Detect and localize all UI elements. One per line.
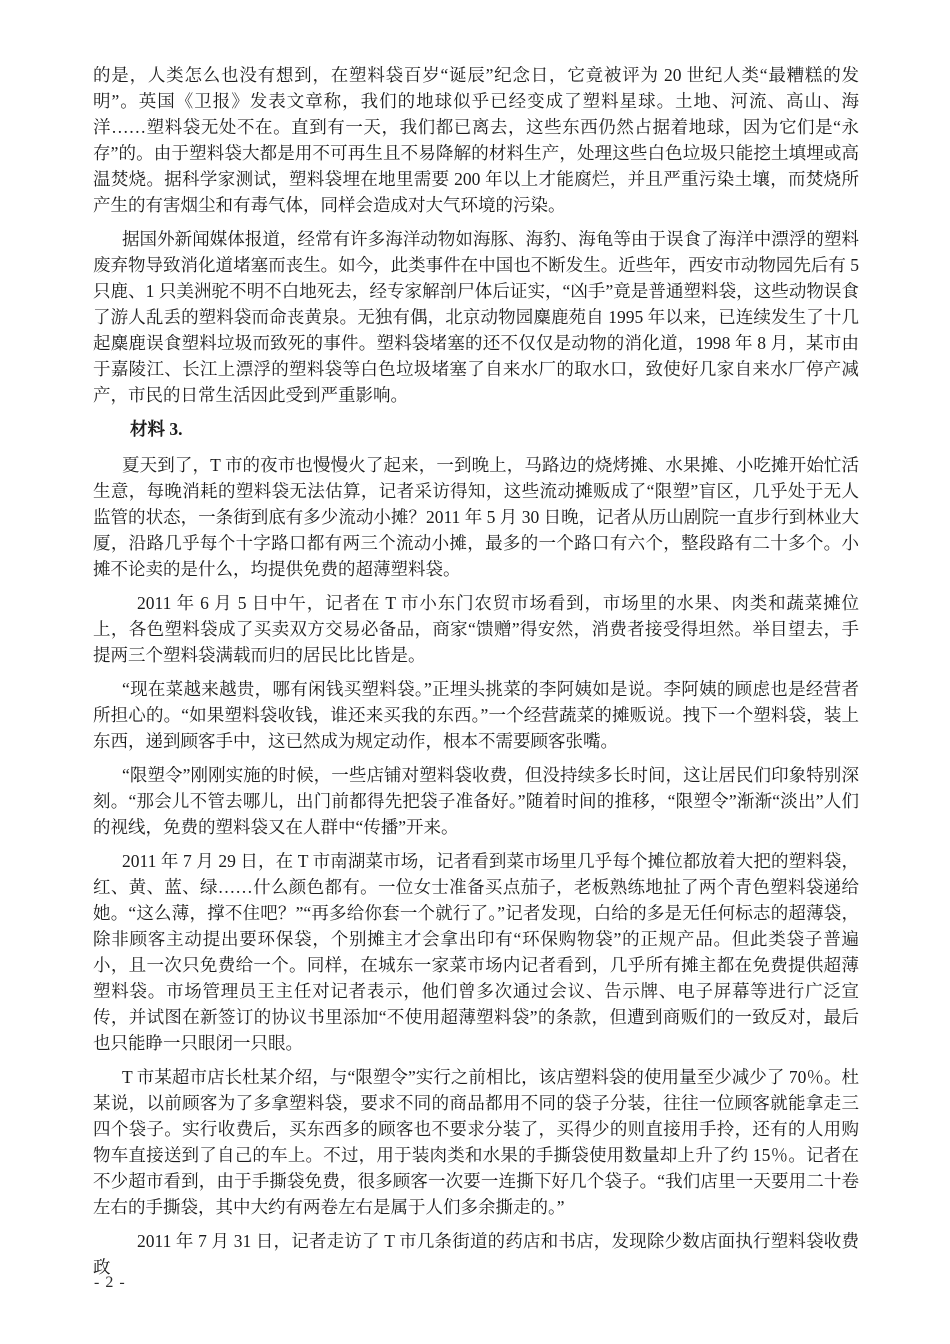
paragraph-continuation: 的是，人类怎么也没有想到，在塑料袋百岁“诞辰”纪念日，它竟被评为 20 世纪人类… [93, 62, 859, 218]
paragraph-animal-deaths: 据国外新闻媒体报道，经常有许多海洋动物如海豚、海豹、海龟等由于误食了海洋中漂浮的… [93, 226, 859, 408]
paragraph-farmers-market: 2011 年 6 月 5 日中午，记者在 T 市小东门农贸市场看到，市场里的水果… [93, 590, 859, 668]
document-page: 的是，人类怎么也没有想到，在塑料袋百岁“诞辰”纪念日，它竟被评为 20 世纪人类… [0, 0, 950, 1344]
paragraph-pharmacy-bookstore: 2011 年 7 月 31 日，记者走访了 T 市几条街道的药店和书店，发现除少… [93, 1228, 859, 1280]
paragraph-nanhu-market: 2011 年 7 月 29 日，在 T 市南湖菜市场，记者看到菜市场里几乎每个摊… [93, 848, 859, 1056]
paragraph-night-market: 夏天到了，T 市的夜市也慢慢火了起来，一到晚上，马路边的烧烤摊、水果摊、小吃摊开… [93, 452, 859, 582]
paragraph-aunt-li-quote: “现在菜越来越贵，哪有闲钱买塑料袋。”正埋头挑菜的李阿姨如是说。李阿姨的顾虑也是… [93, 676, 859, 754]
material-3-heading: 材料 3. [93, 416, 859, 442]
paragraph-ban-fading: “限塑令”刚刚实施的时候，一些店铺对塑料袋收费，但没持续多长时间，这让居民们印象… [93, 762, 859, 840]
page-number: - 2 - [94, 1272, 126, 1294]
document-body: 的是，人类怎么也没有想到，在塑料袋百岁“诞辰”纪念日，它竟被评为 20 世纪人类… [93, 62, 859, 1288]
paragraph-supermarket-manager: T 市某超市店长杜某介绍，与“限塑令”实行之前相比，该店塑料袋的使用量至少减少了… [93, 1064, 859, 1220]
